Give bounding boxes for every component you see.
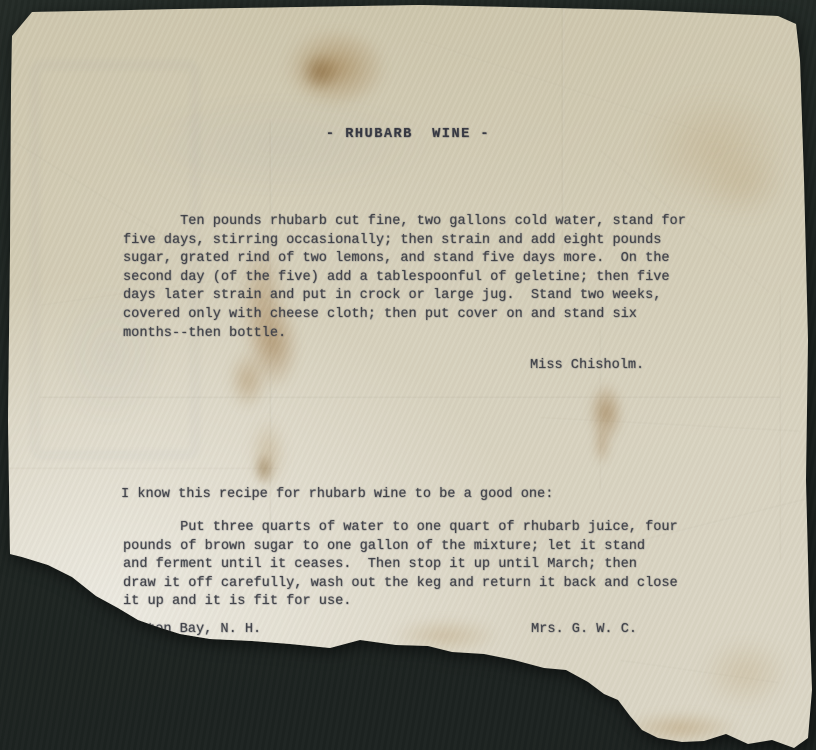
wrinkle [420, 40, 706, 135]
stain [390, 618, 500, 654]
paper-shadow-wrap: - RHUBARB WINE - Ten pounds rhubarb cut … [0, 0, 816, 750]
fold-crease [540, 417, 800, 433]
second-recipe-text: Put three quarts of water to one quart o… [123, 519, 678, 612]
stain [253, 452, 275, 486]
stain [640, 90, 790, 210]
second-recipe-signature: Mrs. G. W. C. [531, 621, 637, 640]
scanner-background: - RHUBARB WINE - Ten pounds rhubarb cut … [0, 0, 816, 750]
stain [588, 382, 624, 444]
stain [250, 418, 286, 490]
stain [700, 150, 790, 220]
stain [592, 424, 612, 466]
stain [620, 712, 740, 744]
stain [283, 28, 388, 108]
fold-crease [0, 468, 280, 470]
verso-show-through [120, 90, 440, 200]
first-recipe-signature: Miss Chisholm. [530, 357, 644, 376]
stain [228, 350, 268, 410]
stain [300, 52, 340, 92]
endorsement-text: I know this recipe for rhubarb wine to b… [121, 486, 553, 505]
fold-crease [600, 330, 602, 490]
fold-crease [40, 397, 780, 399]
stain [700, 638, 790, 708]
place-text: ton Bay, N. H. [147, 621, 261, 640]
wrinkle [620, 660, 779, 684]
recipe-title: - RHUBARB WINE - [0, 126, 816, 145]
recipe-page: - RHUBARB WINE - Ten pounds rhubarb cut … [0, 0, 816, 750]
first-recipe-text: Ten pounds rhubarb cut fine, two gallons… [123, 213, 686, 343]
fold-crease [780, 290, 782, 560]
